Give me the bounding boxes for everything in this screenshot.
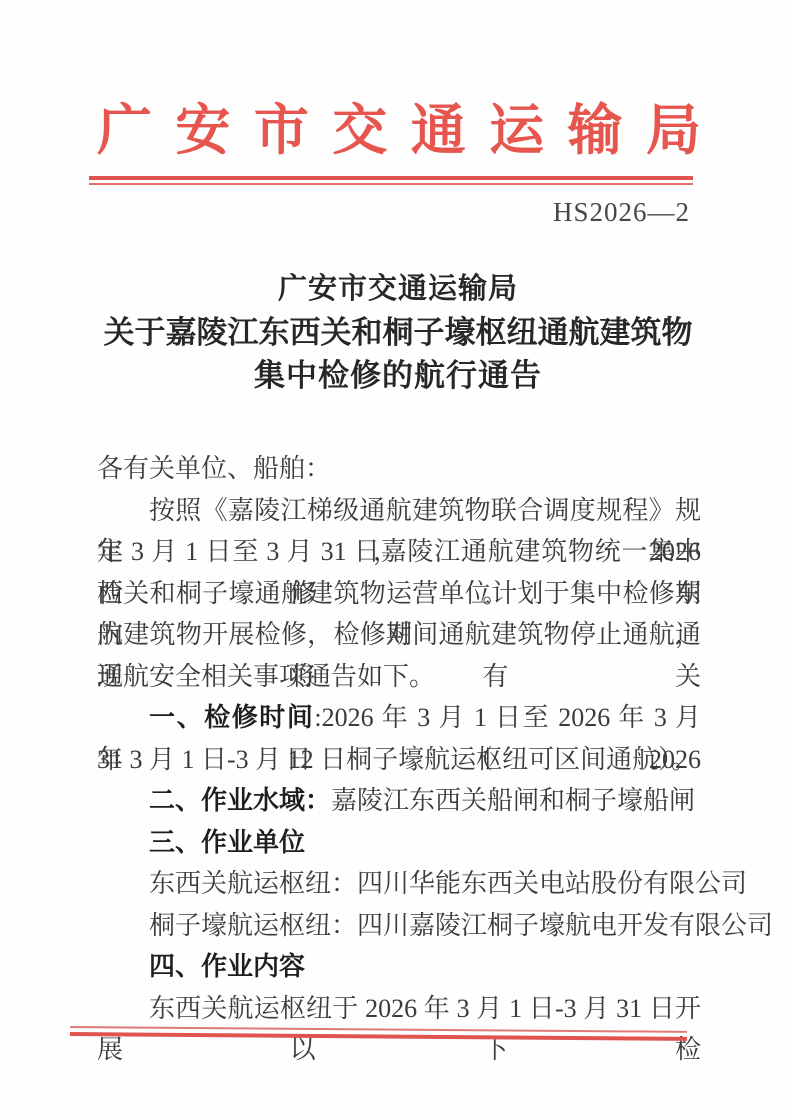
body-text: 各有关单位、船舶：按照《嘉陵江梯级通航建筑物联合调度规程》规定，2026年 3 … <box>97 448 701 1029</box>
body-line: 三、作业单位 <box>97 822 701 864</box>
body-line: 东西关航运枢纽于 2026 年 3 月 1 日-3 月 31 日开展以下检 <box>97 988 701 1030</box>
body-line: 桐子壕航运枢纽：四川嘉陵江桐子壕航电开发有限公司 <box>97 905 701 947</box>
document-number: HS2026—2 <box>553 197 690 228</box>
section-heading-run: 二、作业水域： <box>149 785 331 815</box>
body-line: 四、作业内容 <box>97 946 701 988</box>
scanned-document-page: 广安市交通运输局 HS2026—2 广安市交通运输局 关于嘉陵江东西关和桐子壕枢… <box>0 0 789 1118</box>
body-text-run: 桐子壕航运枢纽：四川嘉陵江桐子壕航电开发有限公司 <box>149 911 773 940</box>
document-title: 广安市交通运输局 关于嘉陵江东西关和桐子壕枢纽通航建筑物 集中检修的航行通告 <box>60 268 736 397</box>
document-title-line2: 关于嘉陵江东西关和桐子壕枢纽通航建筑物 <box>60 311 736 354</box>
body-line: 航建筑物开展检修，检修期间通航建筑物停止通航，现将有关 <box>97 614 701 656</box>
body-line: 东西关航运枢纽：四川华能东西关电站股份有限公司 <box>97 863 701 905</box>
section-heading-run: 三、作业单位 <box>149 827 305 857</box>
body-text-run: 嘉陵江东西关船闸和桐子壕船闸 <box>331 786 695 815</box>
body-line: 西关和桐子壕通航建筑物运营单位计划于集中检修期内对通 <box>97 573 701 615</box>
body-line: 按照《嘉陵江梯级通航建筑物联合调度规程》规定，2026 <box>97 490 701 532</box>
body-text-run: 通航安全相关事项通告如下。 <box>97 662 435 691</box>
body-text-run: 年 3 月 1 日-3 月 12 日桐子壕航运枢纽可区间通航）。 <box>97 745 697 774</box>
body-line: 年 3 月 1 日至 3 月 31 日嘉陵江通航建筑物统一集中检修。东 <box>97 531 701 573</box>
section-heading-run: 一、检修时间 <box>149 702 314 732</box>
body-line: 二、作业水域：嘉陵江东西关船闸和桐子壕船闸 <box>97 780 701 822</box>
body-line: 一、检修时间:2026 年 3 月 1 日至 2026 年 3 月 31 日（2… <box>97 697 701 739</box>
body-text-run: 各有关单位、船舶： <box>97 454 331 483</box>
body-line: 各有关单位、船舶： <box>97 448 701 490</box>
letterhead-double-rule <box>89 176 693 185</box>
document-title-line1: 广安市交通运输局 <box>60 268 736 311</box>
body-line: 年 3 月 1 日-3 月 12 日桐子壕航运枢纽可区间通航）。 <box>97 739 701 781</box>
letterhead-agency-name: 广安市交通运输局 <box>97 96 701 166</box>
letterhead-rule-thin <box>89 183 693 185</box>
body-text-run: 东西关航运枢纽：四川华能东西关电站股份有限公司 <box>149 869 747 898</box>
document-title-line3: 集中检修的航行通告 <box>60 354 736 397</box>
section-heading-run: 四、作业内容 <box>149 951 305 981</box>
